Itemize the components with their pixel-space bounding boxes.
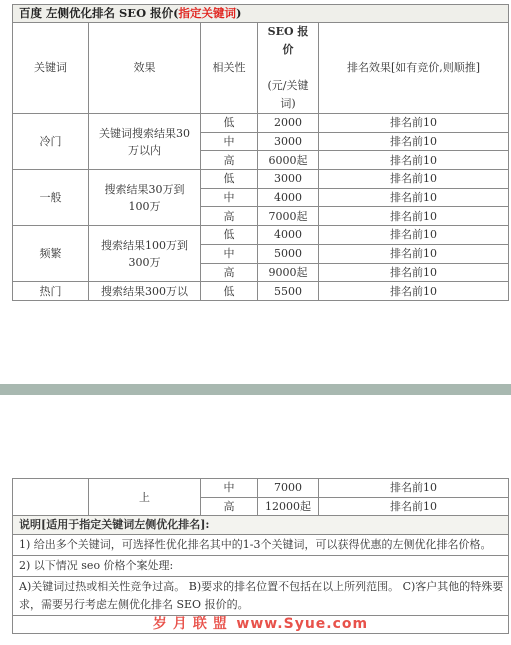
relevance-cell: 中 (201, 244, 258, 263)
ranking-cell: 排名前10 (319, 282, 509, 301)
watermark-url: www.Syue.com (236, 616, 368, 632)
keyword-cell: 冷门 (13, 114, 89, 170)
title-highlight: 指定关键词 (179, 6, 237, 20)
keyword-cell-continued (13, 479, 89, 516)
ranking-cell: 排名前10 (319, 244, 509, 263)
header-price-unit1: (元/关键 (258, 77, 318, 95)
relevance-cell: 高 (201, 497, 258, 516)
price-cell: 4000 (258, 188, 319, 207)
title-suffix: ) (236, 6, 241, 20)
keyword-cell: 热门 (13, 282, 89, 301)
price-cell: 3000 (258, 132, 319, 151)
header-row: 关键词 效果 相关性 SEO 报 价 (元/关键 词) 排名效果[如有竞价,则顺… (13, 23, 509, 114)
effect-cell-continued: 上 (89, 479, 201, 516)
table-row: 热门 搜索结果300万以 低 5500 排名前10 (13, 282, 509, 301)
effect-cell: 搜索结果100万到300万 (89, 226, 201, 282)
relevance-cell: 低 (201, 226, 258, 245)
effect-cell: 搜索结果300万以 (89, 282, 201, 301)
header-keyword: 关键词 (13, 23, 89, 114)
ranking-cell: 排名前10 (319, 188, 509, 207)
price-cell: 7000 (258, 479, 319, 498)
price-cell: 5000 (258, 244, 319, 263)
seo-price-table-continued: 上 中 7000 排名前10 高 12000起 排名前10 说明[适用于指定关键… (12, 478, 509, 634)
relevance-cell: 低 (201, 170, 258, 189)
price-cell: 9000起 (258, 263, 319, 282)
ranking-cell: 排名前10 (319, 207, 509, 226)
relevance-cell: 低 (201, 114, 258, 133)
ranking-cell: 排名前10 (319, 114, 509, 133)
ranking-cell: 排名前10 (319, 497, 509, 516)
note-item-3: A)关键词过热或相关性竞争过高。 B)要求的排名位置不包括在以上所列范围。 C)… (13, 577, 509, 616)
ranking-cell: 排名前10 (319, 263, 509, 282)
table-title: 百度 左侧优化排名 SEO 报价(指定关键词) (13, 5, 509, 23)
ranking-cell: 排名前10 (319, 151, 509, 170)
page-separator (0, 384, 511, 395)
relevance-cell: 中 (201, 188, 258, 207)
price-cell: 4000 (258, 226, 319, 245)
notes-title: 说明[适用于指定关键词左侧优化排名]: (13, 516, 509, 535)
table-row: 频繁 搜索结果100万到300万 低 4000 排名前10 (13, 226, 509, 245)
price-cell: 3000 (258, 170, 319, 189)
header-price-unit2: 词) (258, 95, 318, 113)
keyword-cell: 频繁 (13, 226, 89, 282)
table-row: 冷门 关键词搜索结果30万以内 低 2000 排名前10 (13, 114, 509, 133)
effect-cell: 关键词搜索结果30万以内 (89, 114, 201, 170)
price-cell: 12000起 (258, 497, 319, 516)
effect-cell: 搜索结果30万到100万 (89, 170, 201, 226)
relevance-cell: 低 (201, 282, 258, 301)
title-prefix: 百度 左侧优化排名 SEO 报价( (19, 6, 179, 20)
price-cell: 2000 (258, 114, 319, 133)
relevance-cell: 高 (201, 263, 258, 282)
header-price-line2: 价 (258, 41, 318, 59)
relevance-cell: 中 (201, 479, 258, 498)
keyword-cell: 一般 (13, 170, 89, 226)
ranking-cell: 排名前10 (319, 170, 509, 189)
table-row: 上 中 7000 排名前10 (13, 479, 509, 498)
ranking-cell: 排名前10 (319, 479, 509, 498)
table-row: 一般 搜索结果30万到100万 低 3000 排名前10 (13, 170, 509, 189)
header-price: SEO 报 价 (元/关键 词) (258, 23, 319, 114)
note-item-1: 1) 给出多个关键词，可选择性优化排名其中的1-3个关键词，可以获得优惠的左侧优… (13, 535, 509, 556)
ranking-cell: 排名前10 (319, 226, 509, 245)
header-ranking: 排名效果[如有竞价,则顺推] (319, 23, 509, 114)
watermark-cn: 岁月联盟 (153, 616, 233, 632)
price-cell: 6000起 (258, 151, 319, 170)
ranking-cell: 排名前10 (319, 132, 509, 151)
note-item-2: 2) 以下情况 seo 价格个案处理: (13, 556, 509, 577)
header-effect: 效果 (89, 23, 201, 114)
header-price-line1: SEO 报 (258, 23, 318, 41)
header-relevance: 相关性 (201, 23, 258, 114)
relevance-cell: 高 (201, 207, 258, 226)
price-cell: 5500 (258, 282, 319, 301)
seo-price-table: 百度 左侧优化排名 SEO 报价(指定关键词) 关键词 效果 相关性 SEO 报… (12, 4, 509, 301)
watermark: 岁月联盟 www.Syue.com (13, 616, 509, 634)
relevance-cell: 高 (201, 151, 258, 170)
price-cell: 7000起 (258, 207, 319, 226)
relevance-cell: 中 (201, 132, 258, 151)
